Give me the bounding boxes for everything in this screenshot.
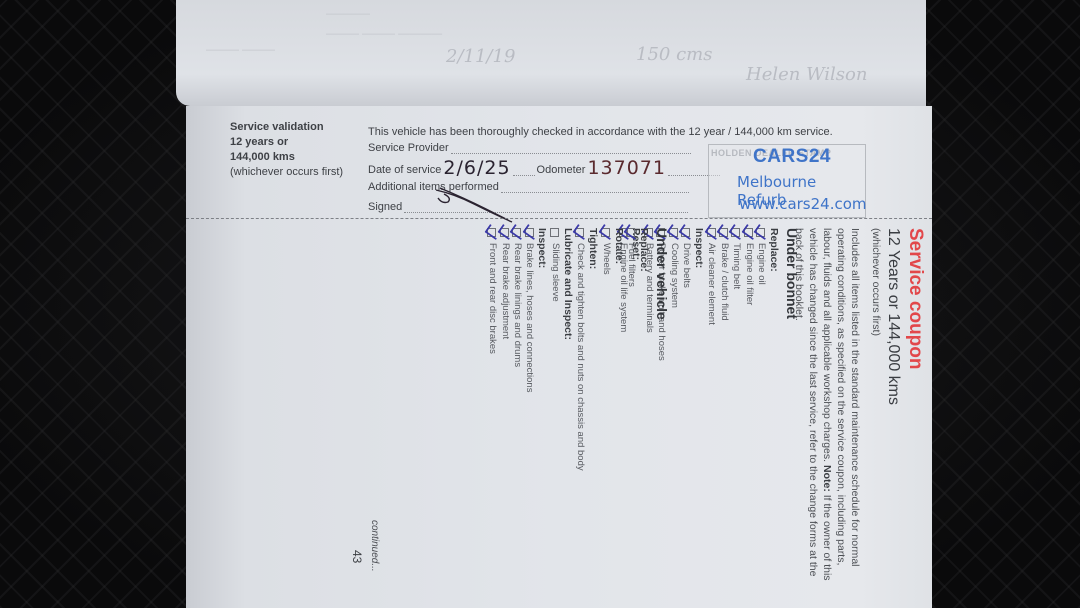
uv-rotate-list: Wheels	[599, 228, 611, 471]
checked-box-icon[interactable]	[744, 228, 753, 237]
date-of-service-value[interactable]: 2/6/25	[443, 160, 510, 176]
dealer-stamp: HOLDEN DEALER STAMP CARS24 Melbourne Ref…	[708, 144, 866, 218]
checklist-item-label: Drive belts	[680, 243, 692, 288]
service-coupon-area: Service coupon 12 Years or 144,000 kms (…	[186, 220, 932, 608]
checklist-item: Rear brake adjustment	[498, 228, 510, 471]
dotted-line	[513, 165, 535, 176]
checklist-item-label: Rear brake adjustment	[498, 243, 510, 339]
checklist-item-label: Brake lines, hoses and connections	[523, 243, 535, 392]
checklist-item: Engine oil	[755, 228, 767, 361]
service-coupon-rotated: Service coupon 12 Years or 144,000 kms (…	[232, 220, 932, 608]
page-number: 43	[350, 550, 364, 563]
checkbox-icon[interactable]	[550, 228, 559, 237]
checklist-item-label: Timing belt	[730, 243, 742, 289]
signed-field[interactable]: Signed	[368, 201, 688, 213]
checklist-item: Brake lines, hoses and connections	[523, 228, 535, 471]
uv-inspect-list: Brake lines, hoses and connectionsRear b…	[486, 228, 536, 471]
checked-box-icon[interactable]	[500, 228, 509, 237]
checklist-item-label: Check and tighten bolts and nuts on chas…	[574, 243, 586, 471]
checklist-item: Fuel filters	[625, 228, 637, 471]
uv-inspect-label: Inspect:	[535, 228, 548, 471]
checklist-item-label: Sliding sleeve	[548, 243, 560, 302]
under-vehicle-section: Under vehicle Replace: Fuel filters Rota…	[486, 228, 670, 471]
odometer-label: Odometer	[537, 164, 586, 176]
checked-box-icon[interactable]	[626, 228, 635, 237]
checklist-item-label: Engine oil filter	[742, 243, 754, 305]
checklist-item-label: Engine oil	[755, 243, 767, 285]
ghost-handwritten-date: 2/11/19	[446, 46, 515, 67]
checklist-item-label: Brake / clutch fluid	[717, 243, 729, 321]
checklist-item: Engine oil filter	[742, 228, 754, 361]
certification-statement: This vehicle has been thoroughly checked…	[368, 126, 833, 138]
checklist-item: Sliding sleeve	[548, 228, 560, 471]
date-of-service-label: Date of service	[368, 164, 441, 176]
ghost-handwritten-odometer: 150 cms	[636, 44, 712, 65]
coupon-title: Service coupon	[904, 228, 926, 370]
coupon-note-label: Note:	[821, 465, 833, 492]
validation-line1: 12 years or	[230, 135, 343, 150]
service-validation-label: Service validation 12 years or 144,000 k…	[230, 120, 343, 180]
ub-replace-list: Engine oilEngine oil filterTiming beltBr…	[705, 228, 767, 361]
additional-items-line[interactable]	[501, 182, 689, 193]
uv-lubricate-label: Lubricate and Inspect:	[561, 228, 574, 471]
uv-replace-label: Replace:	[637, 228, 650, 471]
service-booklet-page: Service validation 12 years or 144,000 k…	[186, 106, 932, 608]
perforation-line	[186, 218, 932, 219]
stamp-url: www.cars24.com	[739, 195, 867, 213]
date-of-service-field[interactable]: Date of service 2/6/25 Odometer 137071	[368, 160, 720, 176]
additional-items-field[interactable]: Additional items performed	[368, 181, 689, 193]
checked-box-icon[interactable]	[487, 228, 496, 237]
checklist-item: Drive belts	[680, 228, 692, 361]
checklist-item-label: Air cleaner element	[705, 243, 717, 325]
coupon-subnote: (whichever occurs first)	[870, 228, 882, 336]
checklist-item: Brake / clutch fluid	[717, 228, 729, 361]
uv-lubricate-list: Sliding sleeve	[548, 228, 560, 471]
service-provider-label: Service Provider	[368, 142, 449, 154]
service-provider-line[interactable]	[451, 143, 691, 154]
checklist-item-label: Fuel filters	[625, 243, 637, 287]
validation-line2: 144,000 kms	[230, 150, 343, 165]
ghost-handwritten-note: Helen Wilson	[746, 64, 867, 85]
checklist-item: Timing belt	[730, 228, 742, 361]
checked-box-icon[interactable]	[707, 228, 716, 237]
previous-page: ———— ——— ——— ———— ——— ——— 2/11/19 150 cm…	[176, 0, 926, 106]
checklist-item: Wheels	[599, 228, 611, 471]
under-vehicle-heading: Under vehicle	[654, 228, 670, 471]
ghost-text: ——— ——— ————	[326, 28, 442, 40]
uv-replace-list: Fuel filters	[625, 228, 637, 471]
service-validation-section: Service validation 12 years or 144,000 k…	[186, 106, 932, 218]
checklist-item-label: Rear brake linings and drums	[511, 243, 523, 367]
checklist-item-label: Front and rear disc brakes	[486, 243, 498, 354]
checklist-item: Front and rear disc brakes	[486, 228, 498, 471]
validation-line3: (whichever occurs first)	[230, 165, 343, 180]
odometer-value[interactable]: 137071	[587, 160, 666, 176]
checklist-item: Air cleaner element	[705, 228, 717, 361]
continued-label: continued...	[369, 520, 380, 572]
checked-box-icon[interactable]	[669, 228, 678, 237]
checklist-item-label: Wheels	[599, 243, 611, 275]
under-bonnet-heading: Under bonnet	[784, 228, 800, 361]
uv-tighten-list: Check and tighten bolts and nuts on chas…	[574, 228, 586, 471]
uv-tighten-label: Tighten:	[586, 228, 599, 471]
ghost-text: ————	[326, 8, 370, 20]
ub-inspect-label: Inspect:	[692, 228, 705, 361]
coupon-description: Includes all items listed in the standar…	[792, 228, 862, 598]
uv-rotate-label: Rotate:	[612, 228, 625, 471]
stamp-brand: CARS24	[753, 146, 831, 168]
ghost-text: ——— ———	[206, 44, 275, 56]
checklist-item: Check and tighten bolts and nuts on chas…	[574, 228, 586, 471]
checked-box-icon[interactable]	[575, 228, 584, 237]
signed-label: Signed	[368, 201, 402, 213]
checked-box-icon[interactable]	[601, 228, 610, 237]
validation-title: Service validation	[230, 120, 343, 135]
checklist-item: Rear brake linings and drums	[511, 228, 523, 471]
ub-replace-label: Replace:	[767, 228, 780, 361]
service-provider-field[interactable]: Service Provider	[368, 142, 691, 154]
coupon-subtitle: 12 Years or 144,000 kms	[884, 228, 902, 405]
